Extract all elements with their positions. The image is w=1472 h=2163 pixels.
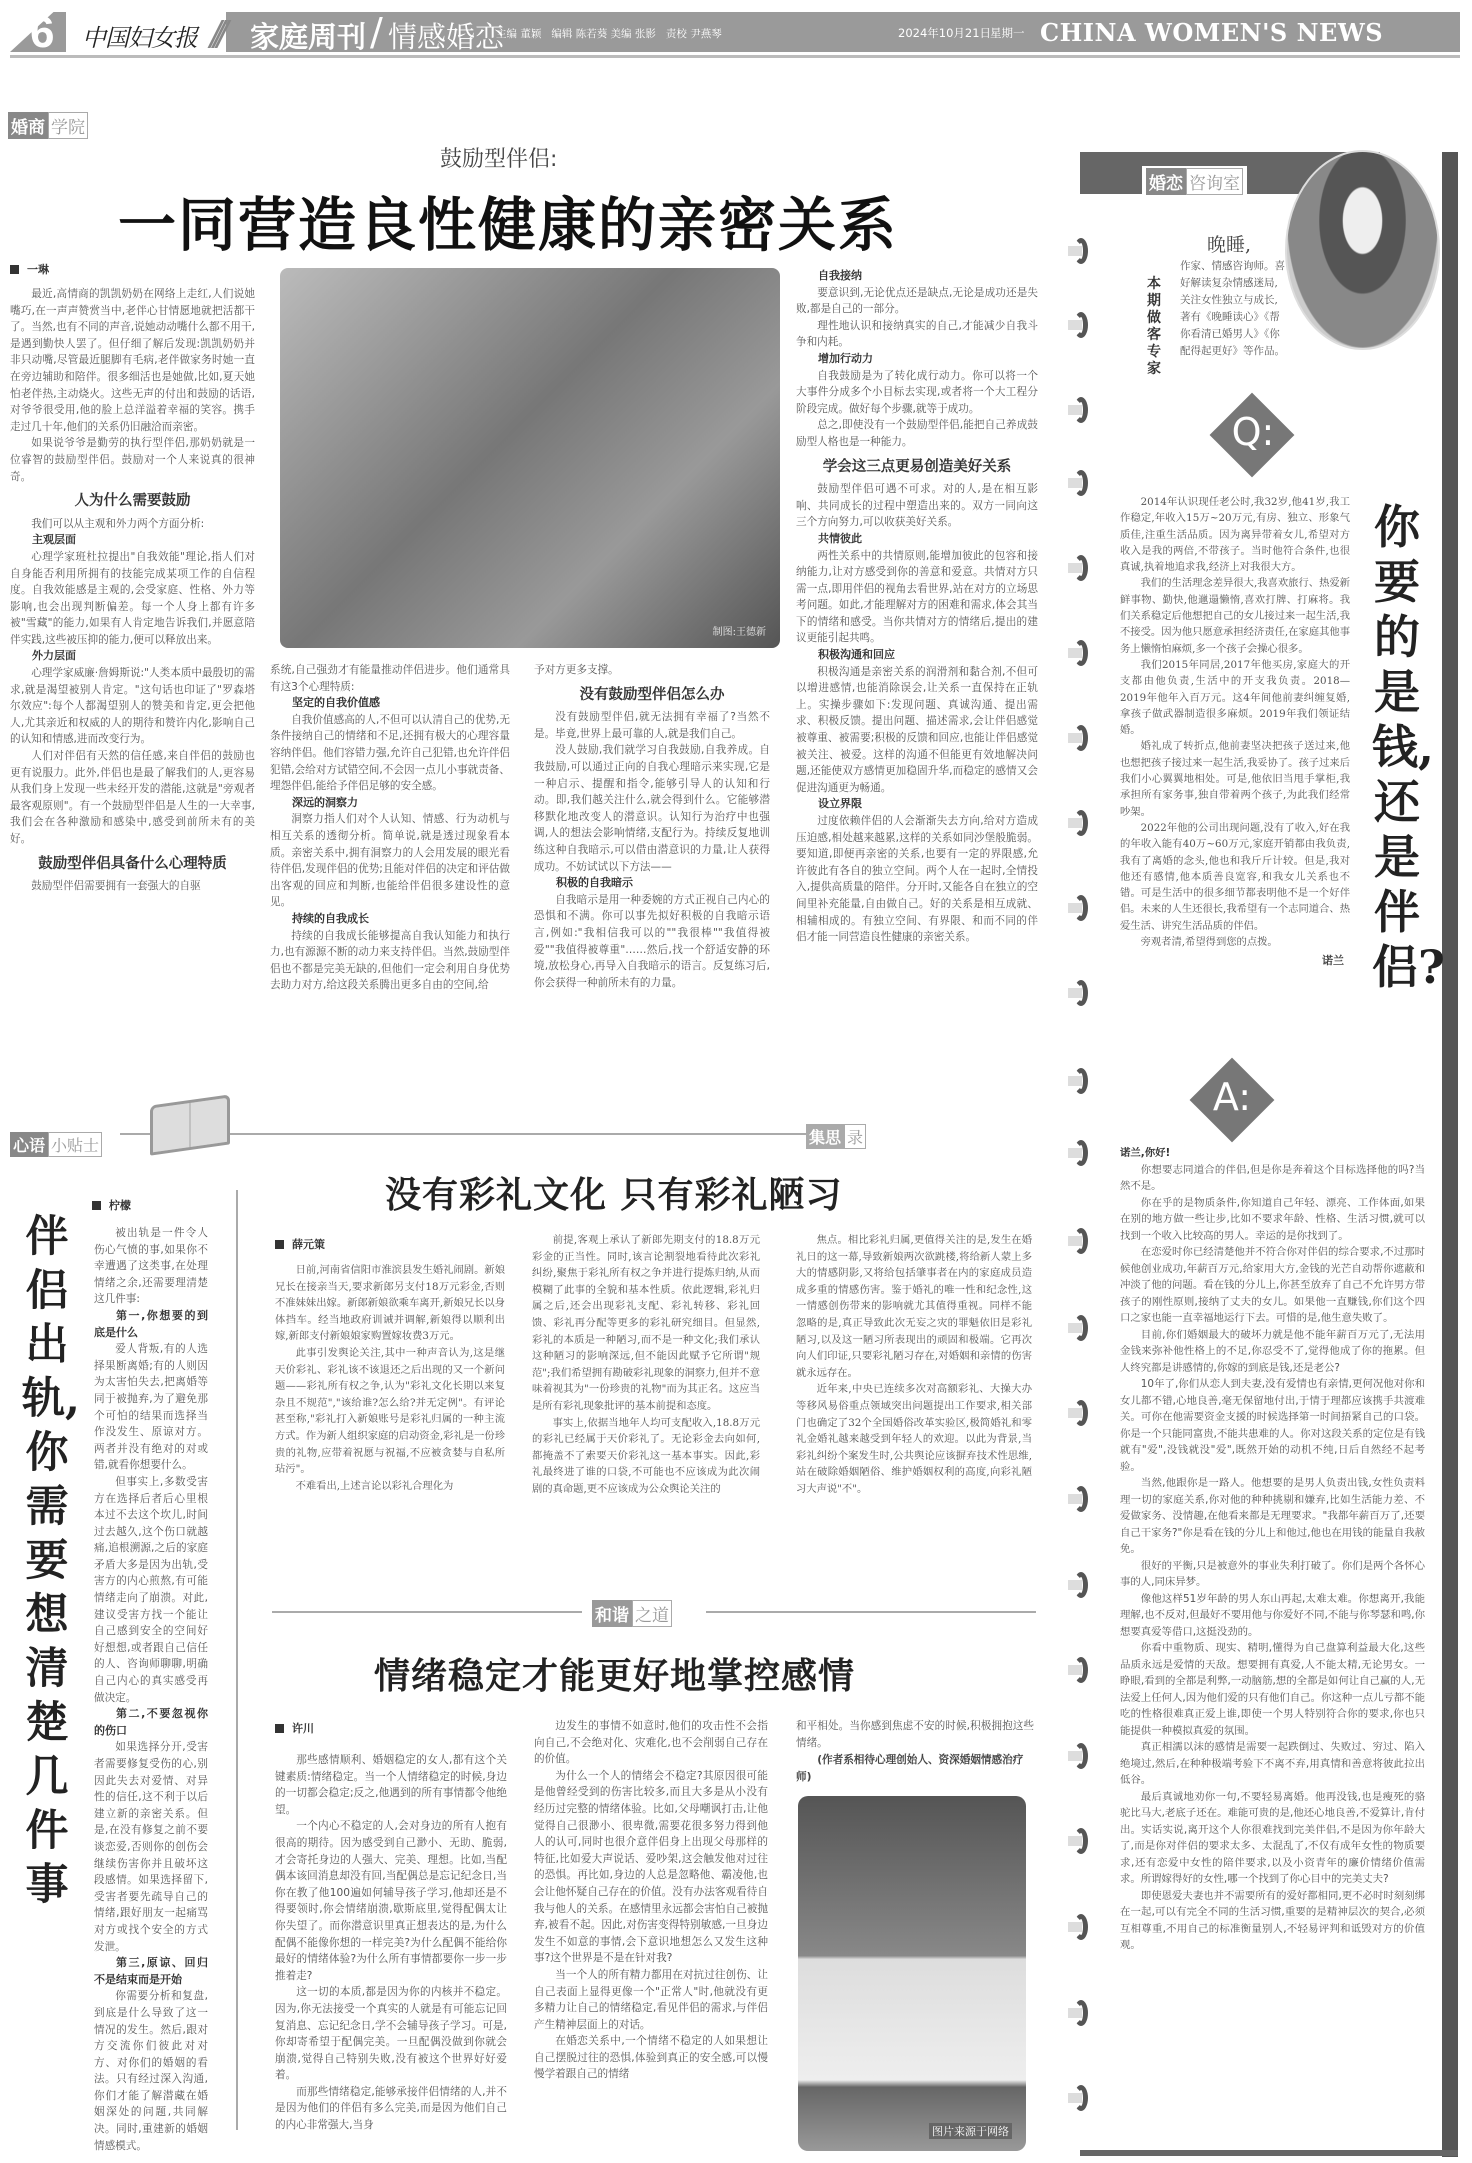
binder-ring-icon	[1068, 1228, 1090, 1254]
expert-portrait	[1285, 150, 1440, 350]
paragraph: 在恋爱时你已经清楚他并不符合你对伴侣的综合要求,不过那时候他创业成功,年薪百万元…	[1120, 1244, 1425, 1327]
binder-ring-icon	[1068, 895, 1090, 921]
sidebar-divider	[236, 1190, 238, 2130]
article2-headline: 没有彩礼文化 只有彩礼陋习	[385, 1167, 843, 1218]
paragraph: 持续的自我成长能够提高自我认知能力和执行力,也有源源不断的动力来支持伴侣。当然,…	[270, 928, 510, 994]
paragraph: 为什么一个人的情绪会不稳定?其原因很可能是他曾经受到的伤害比较多,而且大多是从小…	[534, 1768, 768, 1967]
article1-headline: 一同营造良性健康的亲密关系	[118, 178, 898, 262]
paragraph: 没人鼓励,我们就学习自我鼓励,自我养成。自我鼓励,可以通过正向的自我心理暗示来实…	[534, 742, 770, 875]
paragraph: 而那些情绪稳定,能够承接伴侣情绪的人,并不是因为他们的伴侣有多么完美,而是因为他…	[275, 2084, 507, 2134]
article2-col3: 焦点。相比彩礼归属,更值得关注的是,发生在婚礼日的这一幕,导致新娘两次欲跳楼,将…	[796, 1232, 1032, 1498]
paragraph: 2022年他的公司出现问题,没有了收入,好在我的年收入能有40万~60万元,家庭…	[1120, 820, 1350, 934]
paragraph: 总之,即使没有一个鼓励型伴侣,能把自己养成鼓励型人格也是一种能力。	[796, 417, 1038, 450]
paragraph: 我们可以从主观和外力两个方面分析:	[10, 516, 255, 533]
binder-ring-icon	[1068, 640, 1090, 666]
binder-ring-icon	[1068, 725, 1090, 751]
issue-date: 2024年10月21日	[898, 25, 991, 41]
paragraph: 此事引发舆论关注,其中一种声音认为,这是继天价彩礼、彩礼该不该退还之后出现的又一…	[275, 1345, 505, 1478]
minor-heading: 坚定的自我价值感	[270, 695, 510, 712]
paragraph: 心理学家班杜拉提出"自我效能"理论,指人们对自身能否利用所拥有的技能完成某项工作…	[10, 549, 255, 649]
paragraph: 最后真诚地劝你一句,不要轻易离婚。他再没钱,也是瘦死的骆驼比马大,老底子还在。难…	[1120, 1789, 1425, 1888]
binder-ring-icon	[1068, 1068, 1090, 1094]
column-tag-jisi-lu: 集思录	[806, 1124, 866, 1149]
article3-col2: 边发生的事情不如意时,他们的攻击性不会指向自己,不会绝对化、灾难化,也不会削弱自…	[534, 1718, 768, 2083]
paragraph: 很好的平衡,只是被意外的事业失利打破了。你们是两个各怀心事的人,同床异梦。	[1120, 1558, 1425, 1591]
subheading: 没有鼓励型伴侣怎么办	[534, 687, 770, 704]
paragraph: 系统,自己强劲才有能量推动伴侣进步。他们通常具有这3个心理特质:	[270, 662, 510, 695]
column-tag-hunlian-zixunshi: 婚恋咨询室	[1142, 166, 1247, 197]
paragraph: 你在乎的是物质条件,你知道自己年轻、漂亮、工作体面,如果在别的地方做一些让步,比…	[1120, 1195, 1425, 1245]
minor-heading: 第三,原谅、回归不是结束而是开始	[94, 1955, 208, 1988]
paragraph: 近年来,中央已连续多次对高额彩礼、大操大办等移风易俗重点领域突出问题提出工作要求…	[796, 1381, 1032, 1497]
expert-bio: 作家、情感咨询师。喜好解读复杂情感迷局,关注女性独立与成长,著有《晚睡读心》《帮…	[1180, 258, 1285, 360]
paragraph: 要意识到,无论优点还是缺点,无论是成功还是失败,都是自己的一部分。	[796, 285, 1038, 318]
subheading: 人为什么需要鼓励	[10, 493, 255, 510]
paragraph: 真正相濡以沫的感情是需要一起跌倒过、失败过、穷过、陷入绝境过,然后,在种种极端考…	[1120, 1739, 1425, 1789]
paragraph: 前提,客观上承认了新郎先期支付的18.8万元彩金的正当性。同时,该言论割裂地看待…	[532, 1232, 760, 1415]
paragraph: 当一个人的所有精力都用在对抗过往创伤、让自己表面上显得更像一个"正常人"时,他就…	[534, 1967, 768, 2033]
paragraph: 没有鼓励型伴侣,就无法拥有幸福了?当然不是。毕竟,世界上最可靠的人,就是我们自己…	[534, 709, 770, 742]
page-header: 6 中国妇女报 /// 家庭周刊 / 情感婚恋 主编 董颖 编辑 陈若葵 美编 …	[10, 12, 1460, 60]
paragraph: 像他这样51岁年龄的男人东山再起,太难太难。你想离开,我能理解,也不反对,但最好…	[1120, 1591, 1425, 1641]
paragraph: 如果选择分开,受害者需要修复受伤的心,别因此失去对爱情、对异性的信任,这不利于以…	[94, 1739, 208, 1955]
paragraph: 予对方更多支撑。	[534, 662, 770, 679]
binder-ring-icon	[1068, 2085, 1090, 2111]
article1-col1: 最近,高情商的凯凯奶奶在网络上走红,人们说她嘴巧,在一声声赞赏当中,老伴心甘情愿…	[10, 286, 255, 895]
paragraph: 自我鼓励是为了转化成行动力。你可以将一个大事件分成多个小目标去实现,或者将一个大…	[796, 368, 1038, 418]
article1-col4: 自我接纳要意识到,无论优点还是缺点,无论是成功还是失败,都是自己的一部分。理性地…	[796, 268, 1038, 946]
article3-divider-left	[272, 1611, 582, 1613]
question-signature: 诺兰	[1322, 952, 1344, 968]
slash-decoration: ///	[210, 14, 220, 54]
consult-question: 2014年认识现任老公时,我32岁,他41岁,我工作稳定,年收入15万~20万元…	[1120, 494, 1350, 950]
binder-ring-icon	[1068, 1400, 1090, 1426]
article3-col1: 那些感情顺利、婚姻稳定的女人,都有这个关键素质:情绪稳定。当一个人情绪稳定的时候…	[275, 1752, 507, 2134]
article2-byline: 薛元䇿	[275, 1236, 325, 1252]
article2-col1: 日前,河南省信阳市淮滨县发生婚礼闹剧。新娘兄长在接亲当天,要求新郎另支付18万元…	[275, 1262, 505, 1494]
paragraph: 洞察力指人们对个人认知、情感、行为动机与相互关系的透彻分析。简单说,就是透过现象…	[270, 811, 510, 911]
couple-illustration: 制图:王德新	[280, 268, 780, 648]
paragraph: 自我暗示是用一种委婉的方式正视自己内心的恐惧和不满。你可以事先拟好积极的自我暗示…	[534, 892, 770, 992]
article3-author-note: (作者系相待心理创始人、资深婚姻情感治疗师)	[796, 1752, 1034, 1785]
binder-ring-icon	[1068, 555, 1090, 581]
paragraph: 你看中重物质、现实、精明,懂得为自己盘算利益最大化,这些品质永远是爱情的天敌。想…	[1120, 1640, 1425, 1739]
article1-byline: 一琳	[10, 261, 49, 277]
minor-heading: 自我接纳	[796, 268, 1038, 285]
paragraph: 目前,你们婚姻最大的破坏力就是他不能年薪百万元了,无法用金钱来弥补他性格上的不足…	[1120, 1327, 1425, 1377]
paragraph: 2014年认识现任老公时,我32岁,他41岁,我工作稳定,年收入15万~20万元…	[1120, 494, 1350, 575]
consult-answer: 诺兰,你好! 你想要志同道合的伴侣,但是你是奔着这个目标选择他的吗?当然不是。你…	[1120, 1145, 1425, 1954]
binder-ring-icon	[1068, 1828, 1090, 1854]
masthead-logo: 中国妇女报	[82, 18, 197, 53]
consult-headline: 你要的是钱,还是伴侣?	[1372, 500, 1422, 995]
section-divider: /	[370, 10, 383, 54]
paragraph: 鼓励型伴侣需要拥有一套强大的自驱	[10, 878, 255, 895]
binder-ring-icon	[1068, 1315, 1090, 1341]
paragraph: 自我价值感高的人,不但可以认清自己的优势,无条件接纳自己的情绪和不足,还拥有极大…	[270, 712, 510, 795]
article1-kicker: 鼓励型伴侣:	[440, 142, 557, 173]
paragraph: 旁观者清,希望得到您的点拨。	[1120, 934, 1350, 950]
column-tag-hunshang-xueyuan: 婚商学院	[8, 112, 88, 139]
sidebar-tip-byline: 柠檬	[92, 1197, 131, 1213]
subheading: 鼓励型伴侣具备什么心理特质	[10, 856, 255, 873]
paragraph: 那些感情顺利、婚姻稳定的女人,都有这个关键素质:情绪稳定。当一个人情绪稳定的时候…	[275, 1752, 507, 1818]
paragraph: 被出轨是一件令人伤心气愤的事,如果你不幸遭遇了这类事,在处理情绪之余,还需要理清…	[94, 1225, 208, 1308]
binder-ring-icon	[1068, 470, 1090, 496]
article3-divider-right	[706, 1611, 1036, 1613]
paragraph: 人们对伴侣有天然的信任感,来自伴侣的鼓励也更有说服力。此外,伴侣也是最了解我们的…	[10, 748, 255, 848]
paragraph: 爱人背叛,有的人选择果断离婚;有的人则因为太害怕失去,把离婚等同于被抛弃,为了避…	[94, 1341, 208, 1474]
minor-heading: 第二,不要忽视你的伤口	[94, 1706, 208, 1739]
minor-heading: 持续的自我成长	[270, 911, 510, 928]
article1-col3: 予对方更多支撑。没有鼓励型伴侣怎么办没有鼓励型伴侣,就无法拥有幸福了?当然不是。…	[534, 662, 770, 991]
paragraph: 我们2015年同居,2017年他买房,家庭大的开支都由他负责,生活中的开支我负责…	[1120, 657, 1350, 738]
minor-heading: 共情彼此	[796, 531, 1038, 548]
paragraph: 鼓励型伴侣可遇不可求。对的人,是在相互影响、共同成长的过程中塑造出来的。双方一同…	[796, 481, 1038, 531]
paragraph: 心理学家威廉·詹姆斯说:"人类本质中最殷切的需求,就是渴望被别人肯定。"这句话也…	[10, 665, 255, 748]
sidebar-tip-body: 被出轨是一件令人伤心气愤的事,如果你不幸遭遇了这类事,在处理情绪之余,还需要理清…	[10, 1225, 208, 2154]
consult-frame-right	[1442, 152, 1458, 2157]
binder-ring-icon	[1068, 2000, 1090, 2026]
binder-ring-icon	[1068, 312, 1090, 338]
expert-name: 晚睡,	[1207, 230, 1251, 257]
paragraph: 这一切的本质,都是因为你的内核并不稳定。因为,你无法接受一个真实的人就是有可能忘…	[275, 1984, 507, 2084]
paragraph: 理性地认识和接纳真实的自己,才能减少自我斗争和内耗。	[796, 318, 1038, 351]
paragraph: 但事实上,多数受害方在选择后者后心里根本过不去这个坎儿,时间过去越久,这个伤口就…	[94, 1474, 208, 1706]
paragraph: 一个内心不稳定的人,会对身边的所有人抱有很高的期待。因为感受到自己渺小、无助、脆…	[275, 1818, 507, 1984]
paragraph: 和平相处。当你感到焦虑不安的时候,积极拥抱这些情绪。	[796, 1718, 1034, 1751]
binder-ring-icon	[1068, 810, 1090, 836]
minor-heading: 深远的洞察力	[270, 795, 510, 812]
paragraph: 在婚恋关系中,一个情绪不稳定的人如果想让自己摆脱过往的恐惧,体验到真正的安全感,…	[534, 2033, 768, 2083]
minor-heading: 主观层面	[10, 532, 255, 549]
article3-headline: 情绪稳定才能更好地掌控感情	[374, 1648, 855, 1699]
paragraph: 婚礼成了转折点,他前妻坚决把孩子送过来,他也想把孩子接过来一起生活,我妥协了。孩…	[1120, 738, 1350, 819]
subsection-title: 情感婚恋	[388, 15, 504, 56]
column-tag-xinyu-xiaotieshi: 心语小贴士	[10, 1132, 102, 1157]
couple-stargazing-illustration: 图片来源于网络	[798, 1796, 1026, 2151]
minor-heading: 增加行动力	[796, 351, 1038, 368]
binder-ring-icon	[1068, 238, 1090, 264]
binder-ring-icon	[1068, 1572, 1090, 1598]
minor-heading: 外力层面	[10, 648, 255, 665]
minor-heading: 积极的自我暗示	[534, 875, 770, 892]
paragraph: 最近,高情商的凯凯奶奶在网络上走红,人们说她嘴巧,在一声声赞赏当中,老伴心甘情愿…	[10, 286, 255, 435]
paragraph: 过度依赖伴侣的人会渐渐失去方向,给对方造成压迫感,相处越来越累,这样的关系如同沙…	[796, 813, 1038, 946]
staff-credits: 主编 董颖 编辑 陈若葵 美编 张影 责校 尹燕琴	[496, 26, 722, 41]
article2-col2: 前提,客观上承认了新郎先期支付的18.8万元彩金的正当性。同时,该言论割裂地看待…	[532, 1232, 760, 1498]
expert-label: 本期做客专家	[1147, 276, 1163, 378]
binder-ring-icon	[1068, 1486, 1090, 1512]
paragraph: 当然,他跟你是一路人。他想要的是男人负责出钱,女性负责料理一切的家庭关系,你对他…	[1120, 1475, 1425, 1558]
paragraph: 焦点。相比彩礼归属,更值得关注的是,发生在婚礼日的这一幕,导致新娘两次欲跳楼,将…	[796, 1232, 1032, 1381]
paragraph: 积极沟通是亲密关系的润滑剂和黏合剂,不但可以增进感情,也能消除误会,让关系一直保…	[796, 664, 1038, 797]
article3-byline: 许川	[275, 1720, 314, 1736]
binder-ring-icon	[1068, 1743, 1090, 1769]
paragraph: 日前,河南省信阳市淮滨县发生婚礼闹剧。新娘兄长在接亲当天,要求新郎另支付18万元…	[275, 1262, 505, 1345]
paragraph: 你需要分析和复盘,到底是什么导致了这一情况的发生。然后,跟对方交流你们彼此对对方…	[94, 1988, 208, 2154]
paragraph: 我们的生活理念差异很大,我喜欢旅行、热爱新鲜事物、勤快,他邋遢懒惰,喜欢打牌、打…	[1120, 575, 1350, 656]
paragraph: 10年了,你们从恋人到夫妻,没有爱情也有亲情,更何况他对你和女儿都不错,心地良善…	[1120, 1376, 1425, 1475]
binder-ring-icon	[1068, 1657, 1090, 1683]
article1-col2: 系统,自己强劲才有能量推动伴侣进步。他们通常具有这3个心理特质:坚定的自我价值感…	[270, 662, 510, 994]
minor-heading: 积极沟通和回应	[796, 647, 1038, 664]
q-badge-label: Q:	[1228, 410, 1278, 454]
subheading: 学会这三点更易创造美好关系	[796, 459, 1038, 476]
paragraph: 你想要志同道合的伴侣,但是你是奔着这个目标选择他的吗?当然不是。	[1120, 1162, 1425, 1195]
minor-heading: 第一,你想要的到底是什么	[94, 1308, 208, 1341]
image-credit: 图片来源于网络	[929, 2123, 1012, 2139]
paragraph: 如果说爷爷是勤劳的执行型伴侣,那奶奶就是一位睿智的鼓励型伴侣。鼓励对一个人来说真…	[10, 435, 255, 485]
consult-frame-bottom	[1080, 2150, 1458, 2156]
minor-heading: 设立界限	[796, 796, 1038, 813]
paragraph: 不难看出,上述言论以彩礼合理化为	[275, 1478, 505, 1495]
page-number: 6	[30, 8, 54, 58]
binder-ring-icon	[1068, 397, 1090, 423]
issue-weekday: 星期一	[990, 25, 1025, 41]
open-book-icon	[150, 1094, 230, 1155]
image-credit: 制图:王德新	[713, 623, 766, 638]
paragraph: 两性关系中的共情原则,能增加彼此的包容和接纳能力,让对方感受到你的善意和爱意。共…	[796, 548, 1038, 648]
paragraph: 事实上,依据当地年人均可支配收入,18.8万元的彩礼已经属于天价彩礼了。无论彩金…	[532, 1415, 760, 1498]
binder-ring-icon	[1068, 1914, 1090, 1940]
a-badge-label: A:	[1207, 1075, 1257, 1119]
header-underline	[10, 55, 1460, 58]
english-masthead: CHINA WOMEN'S NEWS	[1040, 18, 1383, 47]
paragraph: 即使恩爱夫妻也并不需要所有的爱好都相同,更不必时时刻刻绑在一起,可以有完全不同的…	[1120, 1888, 1425, 1954]
article3-col3: 和平相处。当你感到焦虑不安的时候,积极拥抱这些情绪。	[796, 1718, 1034, 1751]
binder-ring-icon	[1068, 1140, 1090, 1166]
section-title: 家庭周刊	[250, 15, 366, 56]
binder-ring-icon	[1068, 980, 1090, 1006]
answer-greeting: 诺兰,你好!	[1120, 1145, 1425, 1162]
column-tag-hexie-zhidao: 和谐之道	[592, 1600, 672, 1627]
paragraph: 边发生的事情不如意时,他们的攻击性不会指向自己,不会绝对化、灾难化,也不会削弱自…	[534, 1718, 768, 1768]
